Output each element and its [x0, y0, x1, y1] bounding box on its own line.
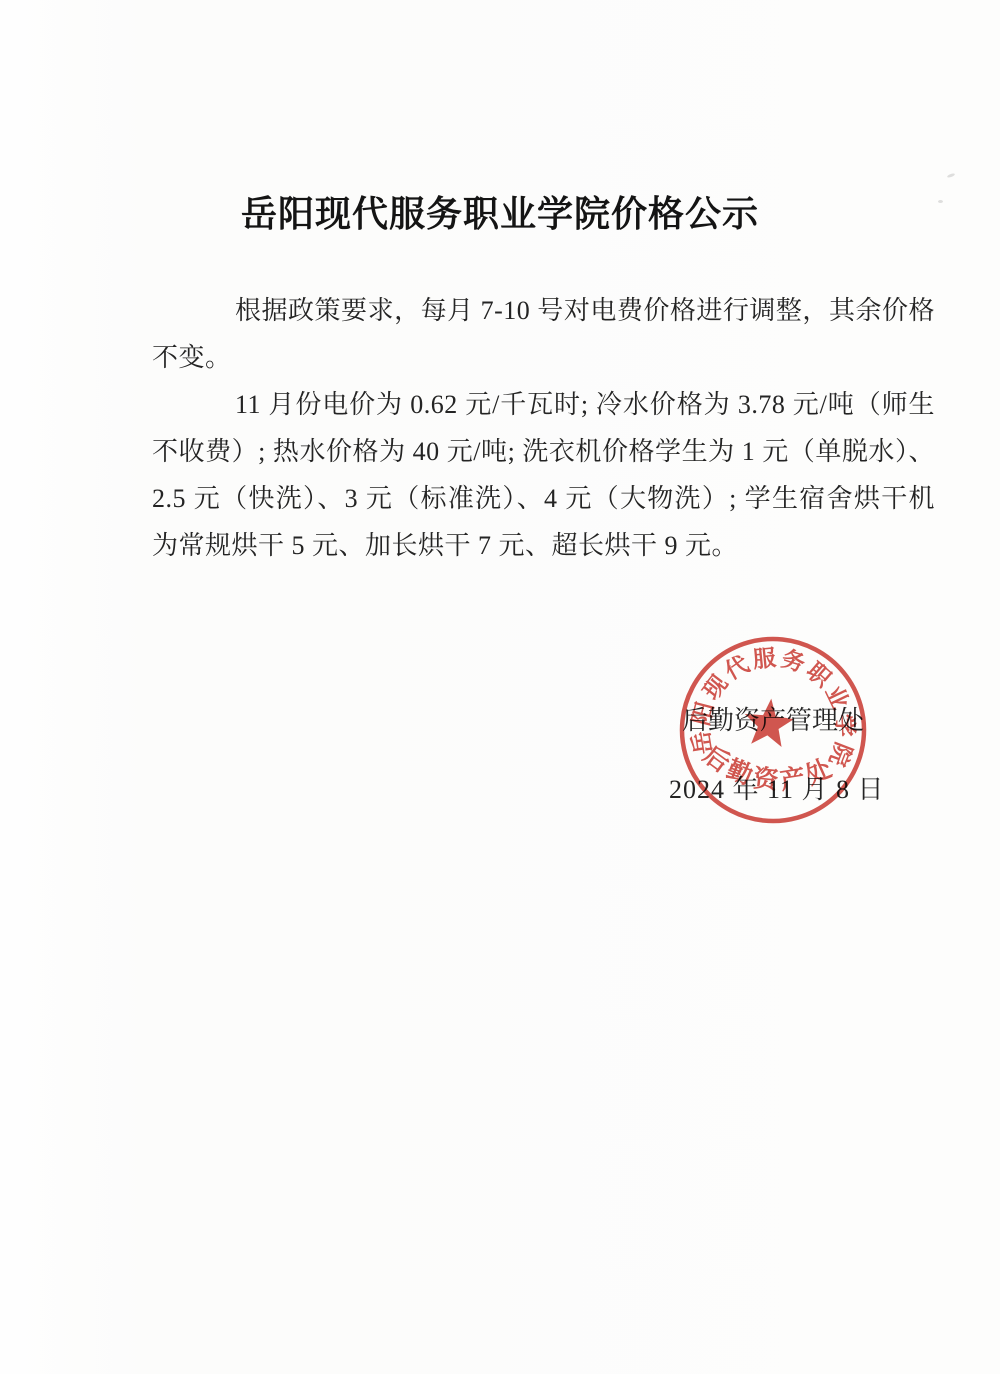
svg-text:后勤资产处: 后勤资产处 [696, 739, 842, 801]
paragraph-policy: 根据政策要求，每月 7-10 号对电费价格进行调整，其余价格不变。 [152, 287, 935, 381]
document-page: 岳阳现代服务职业学院价格公示 根据政策要求，每月 7-10 号对电费价格进行调整… [0, 0, 1000, 1374]
scan-speck [938, 200, 943, 203]
seal-star-icon [742, 696, 796, 748]
document-body: 根据政策要求，每月 7-10 号对电费价格进行调整，其余价格不变。 11 月份电… [152, 287, 935, 569]
scan-speck [947, 173, 956, 179]
document-title: 岳阳现代服务职业学院价格公示 [0, 192, 1000, 236]
official-seal: 岳阳现代服务职业学院 后勤资产处 [663, 620, 883, 840]
paragraph-prices: 11 月份电价为 0.62 元/千瓦时; 冷水价格为 3.78 元/吨（师生不收… [152, 381, 935, 569]
seal-bottom-text: 后勤资产处 [696, 739, 842, 801]
